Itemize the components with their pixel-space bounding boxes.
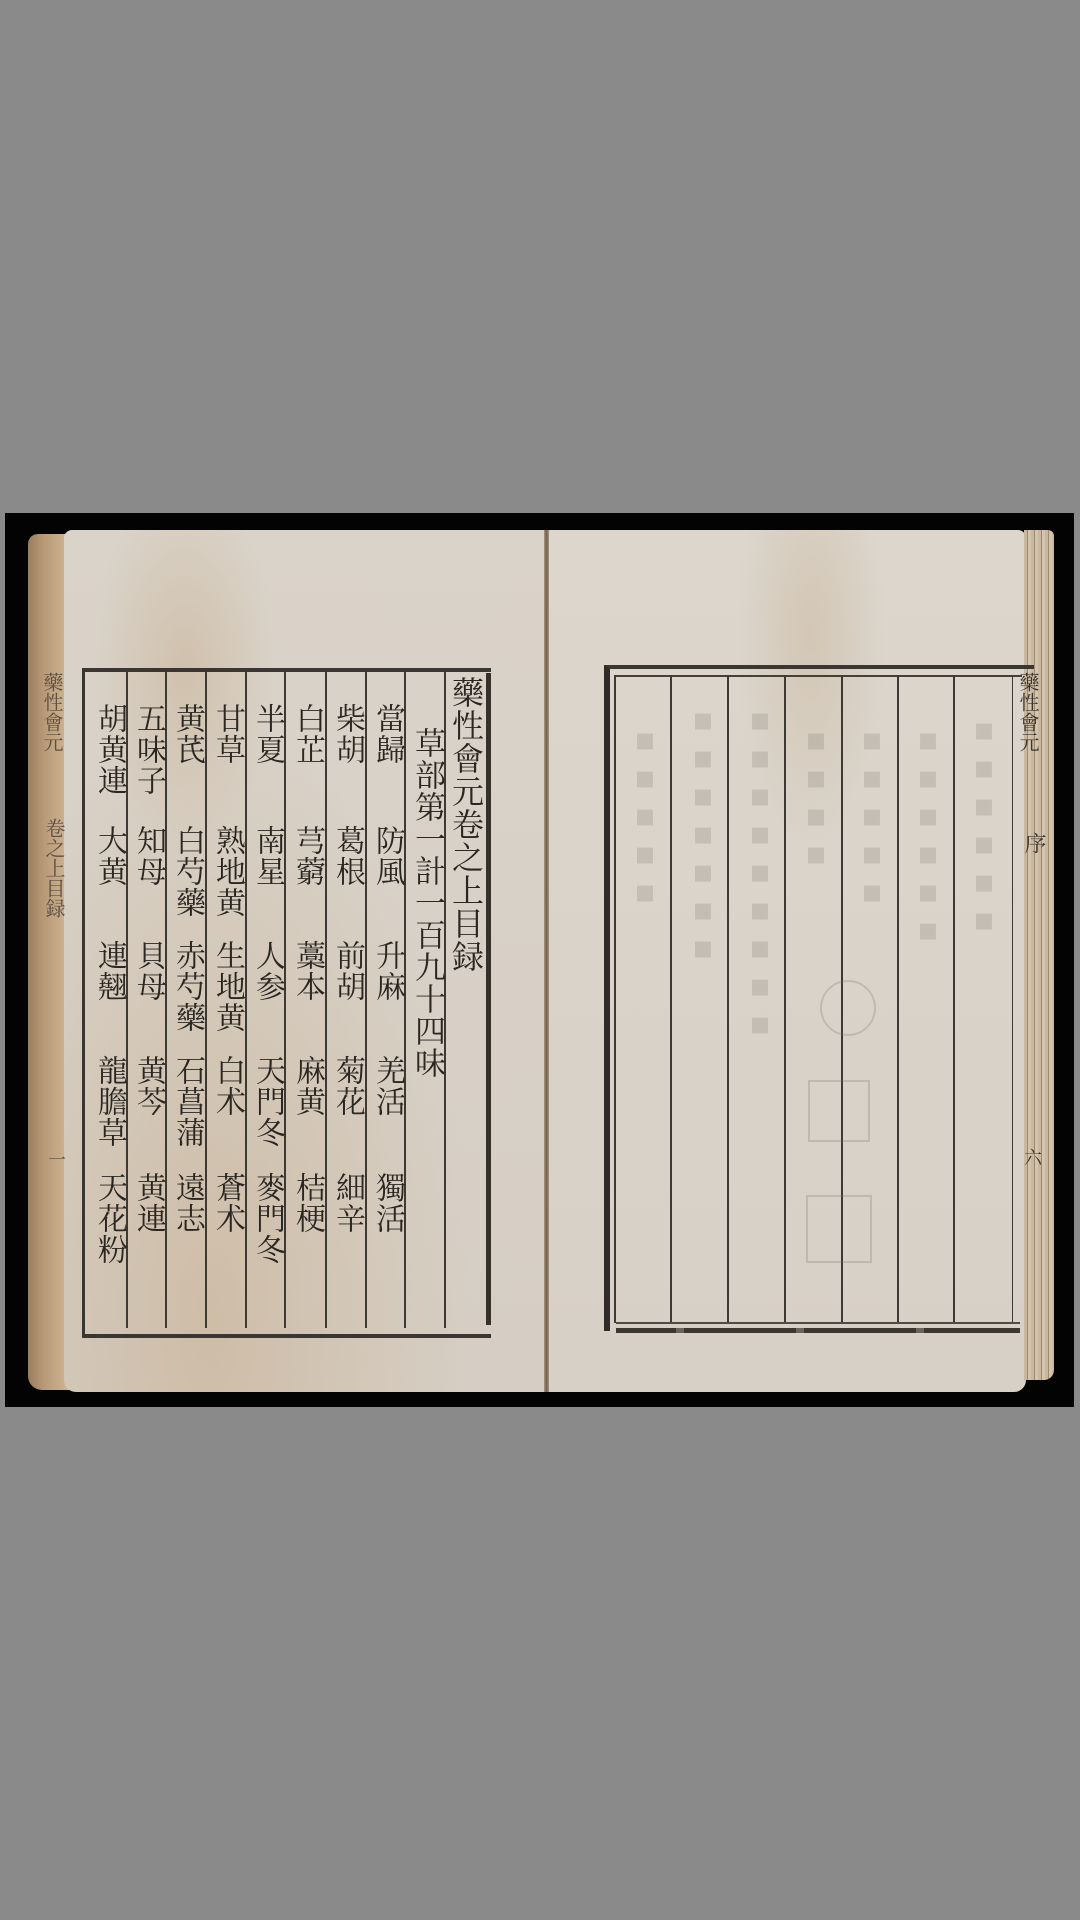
section-heading: 草部第一計一百九十四味 [408,727,446,1079]
herb-entry: 前胡 [328,940,366,1002]
herb-entry: 升麻 [368,940,406,1002]
bleedthrough-text: ▪▪▪▪▪▪▪▪▪ [740,700,780,1042]
herb-entry: 麥門冬 [248,1172,286,1265]
herb-entry: 石菖蒲 [168,1055,206,1148]
herb-entry: 熟地黄 [208,825,246,918]
bleedthrough-text: ▪▪▪▪▪▪▪ [683,700,723,966]
herb-entry: 知母 [129,825,167,887]
page-title: 藥性會元卷之上目録 [447,676,485,973]
herb-entry: 柴胡 [328,703,366,765]
herb-entry: 蒼术 [208,1172,246,1234]
herb-entry: 天門冬 [248,1055,286,1148]
herb-entry: 半夏 [248,703,286,765]
herb-entry: 當歸 [368,703,406,765]
herb-entry: 生地黄 [208,940,246,1033]
herb-entry: 龍膽草 [90,1055,128,1148]
herb-entry: 甘草 [208,703,246,765]
herb-entry: 防風 [368,825,406,887]
bleedthrough-text: ▪▪▪▪ [796,720,836,872]
book-gutter [544,530,549,1392]
bleedthrough-text: ▪▪▪▪▪ [625,720,665,910]
column-rule [784,675,786,1323]
herb-entry: 大黄 [90,825,128,887]
herb-entry: 胡黄連 [90,703,128,796]
column-rule [1012,675,1013,1323]
herb-entry: 羌活 [368,1055,406,1117]
herb-entry: 黄芩 [129,1055,167,1117]
herb-entry: 白芍藥 [168,825,206,918]
herb-entry: 連翹 [90,940,128,1002]
herb-entry: 人参 [248,940,286,1002]
faint-seal-square [806,1195,872,1263]
faint-seal-square [808,1080,870,1142]
column-rule [727,675,729,1323]
herb-entry: 白术 [208,1055,246,1117]
bleedthrough-text: ▪▪▪▪▪▪ [964,710,1004,938]
bleedthrough-text: ▪▪▪▪▪ [852,720,892,910]
herb-entry: 細辛 [328,1172,366,1234]
banxin-folio: 六 [1018,1148,1044,1166]
column-rule [670,675,672,1323]
herb-entry: 五味子 [129,703,167,796]
herb-entry: 黄連 [129,1172,167,1234]
herb-entry: 黄芪 [168,703,206,765]
herb-entry: 南星 [248,825,286,887]
herb-entry: 天花粉 [90,1172,128,1265]
banxin-section: 序 [1018,832,1049,854]
faint-seal-round [820,980,876,1036]
herb-entry: 遠志 [168,1172,206,1234]
spine-folio: 一 [42,1150,68,1168]
spine-label-top: 藥性會元 [38,672,67,752]
left-page-right-border [486,673,491,1325]
herb-entry: 赤芍藥 [168,940,206,1033]
herb-entry: 菊花 [328,1055,366,1117]
right-page-inner-bottom [616,1322,1020,1324]
herb-entry: 獨活 [368,1172,406,1234]
banxin-title: 藥性會元 [1014,672,1043,752]
right-page-outer-bottom [616,1328,1020,1333]
right-page-inner-border [614,675,1022,677]
herb-entry: 貝母 [129,940,167,1002]
column-rule [614,675,616,1323]
herb-entry: 葛根 [328,825,366,887]
herb-entry: 藁本 [288,940,326,1002]
herb-entry: 桔梗 [288,1172,326,1234]
bleedthrough-text: ▪▪▪▪▪▪ [908,720,948,948]
column-rule [897,675,899,1323]
column-rule [953,675,955,1323]
spine-label-bottom: 卷之上目録 [40,818,69,918]
herb-entry: 芎藭 [288,825,326,887]
herb-entry: 麻黄 [288,1055,326,1117]
herb-entry: 白芷 [288,703,326,765]
